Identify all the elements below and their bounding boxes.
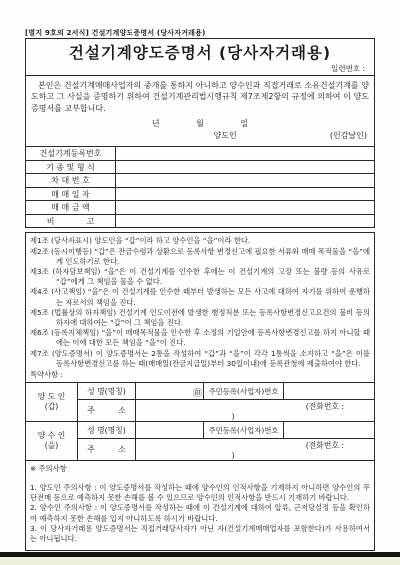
seal-icon: ㊞ xyxy=(193,386,202,399)
machine-type-label: 기 종 및 형 식 xyxy=(26,160,116,174)
transferor-phone-close: ) xyxy=(138,412,372,421)
table-row: 차 대 번 호 xyxy=(26,174,375,188)
date-month-label: 월 xyxy=(196,119,204,128)
preamble-box: 본인은 건설기계매매사업자의 중개를 통하지 아니하고 양수인과 직접거래로 소… xyxy=(25,75,375,147)
transferee-phone-close: ) xyxy=(138,451,372,460)
transferor-name-label: 성 명(명칭) xyxy=(78,383,136,400)
seal-instruction-label: (인감날인) xyxy=(330,130,367,141)
table-row: 주 소 (전화번호 : ) xyxy=(26,400,375,422)
signer-line: 양도인 (인감날인) xyxy=(31,130,369,143)
transferee-phone-label: (전화번호 : xyxy=(138,439,372,451)
transferor-signature-label: 양도인 xyxy=(214,130,237,141)
transferee-role-label: 양 수 인 xyxy=(28,431,75,441)
table-row: 건설기계등록번호 xyxy=(26,147,375,161)
table-row: 기 종 및 형 식 xyxy=(26,160,375,174)
serial-number-label: 일련번호 : xyxy=(31,63,369,74)
table-row: 주 소 (전화번호 : ) xyxy=(26,439,375,461)
scanned-form-page: [별지 9호의 2서식] 건설기계양도증명서 (당사자거래용) 건설기계양도증명… xyxy=(0,0,400,565)
machine-spec-table: 건설기계등록번호 기 종 및 형 식 차 대 번 호 매 매 일 자 매 매 금… xyxy=(25,146,375,228)
form-reference-label: [별지 9호의 2서식] 건설기계양도증명서 (당사자거래용) xyxy=(25,28,206,38)
title-box: 건설기계양도증명서 (당사자거래용) 일련번호 : xyxy=(25,38,375,76)
article-4: 제4조 (사고책임) “을”은 이 건설기계를 인수한 때부터 발생하는 모든 … xyxy=(30,287,370,307)
transferor-role-sub: (갑) xyxy=(28,402,75,412)
machine-type-field[interactable] xyxy=(116,160,375,174)
caution-item-3: 3. 이 당사자거래용 양도증명서는 직접거래당사자가 아닌 자(건설기계매매업… xyxy=(30,524,370,545)
preamble-text: 본인은 건설기계매매사업자의 중개를 통하지 아니하고 양수인과 직접거래로 소… xyxy=(31,80,369,114)
page-title: 건설기계양도증명서 (당사자거래용) xyxy=(31,41,369,63)
transferor-name-field[interactable]: ㊞ xyxy=(136,383,204,400)
transferee-address-field[interactable]: (전화번호 : ) xyxy=(136,439,375,461)
table-row: 양 수 인 (을) 성 명(명칭) 주민등록(사업자)번호 xyxy=(26,422,375,439)
table-row: 매 매 일 자 xyxy=(26,187,375,201)
registration-number-field[interactable] xyxy=(116,147,375,161)
table-row: 비 고 xyxy=(26,214,375,228)
date-line: 년 월 일 xyxy=(31,118,369,129)
caution-item-1: 1. 양도인 주의사항 : 이 양도증명서를 작성하는 때에 양수인의 인적사항… xyxy=(30,483,370,504)
transferor-address-field[interactable]: (전화번호 : ) xyxy=(136,400,375,422)
party-info-table: 양 도 인 (갑) 성 명(명칭) ㊞ 주민등록(사업자)번호 주 소 (전화번… xyxy=(25,382,375,461)
transferee-name-field[interactable] xyxy=(136,422,204,439)
article-5: 제5조 (법률상의 하자책임) 건설기계 인도이전에 발생한 행정처분 또는 등… xyxy=(30,308,370,328)
transferee-id-label: 주민등록(사업자)번호 xyxy=(204,422,284,439)
remarks-label: 비 고 xyxy=(26,214,116,228)
transferor-phone-label: (전화번호 : xyxy=(138,400,372,412)
cautions-box: ※ 주의사항 1. 양도인 주의사항 : 이 양도증명서를 작성하는 때에 양수… xyxy=(25,460,375,551)
transferor-address-label: 주 소 xyxy=(78,400,136,422)
cautions-heading: ※ 주의사항 xyxy=(30,464,370,474)
date-day-label: 일 xyxy=(240,119,248,128)
date-year-label: 년 xyxy=(152,119,160,128)
scan-edge-strip xyxy=(0,557,400,565)
table-row: 매 매 금 액 xyxy=(26,201,375,215)
chassis-number-label: 차 대 번 호 xyxy=(26,174,116,188)
article-3: 제3조 (하자담보책임) “을”은 이 건설기계를 인수한 후에는 이 건설기계… xyxy=(30,267,370,287)
transferor-role-cell: 양 도 인 (갑) xyxy=(26,383,78,422)
table-row: 양 도 인 (갑) 성 명(명칭) ㊞ 주민등록(사업자)번호 xyxy=(26,383,375,400)
transferor-id-label: 주민등록(사업자)번호 xyxy=(204,383,284,400)
remarks-field[interactable] xyxy=(116,214,375,228)
article-7: 제7조 (양도증명서) 이 양도증명서는 2통을 작성하여 “갑”과 “을”이 … xyxy=(30,349,370,369)
transfer-certificate-form: 건설기계양도증명서 (당사자거래용) 일련번호 : 본인은 건설기계매매사업자의… xyxy=(25,38,375,551)
article-1: 제1조 (당사자표시) 양도인을 “갑”이라 하고 양수인을 “을”이라 한다. xyxy=(30,236,370,246)
sale-amount-field[interactable] xyxy=(116,201,375,215)
transferee-role-cell: 양 수 인 (을) xyxy=(26,422,78,461)
article-2: 제2조 (동시이행등) “갑”은 잔금수령과 상환으로 등록사항 변경신고에 필… xyxy=(30,247,370,267)
transferee-role-sub: (을) xyxy=(28,441,75,451)
transferee-address-label: 주 소 xyxy=(78,439,136,461)
transferor-id-field[interactable] xyxy=(284,383,375,400)
article-6: 제6조 (등록지체책임) “을”이 매매목적물을 인수한 후 소정의 기일안에 … xyxy=(30,328,370,348)
chassis-number-field[interactable] xyxy=(116,174,375,188)
transferee-id-field[interactable] xyxy=(284,422,375,439)
contract-articles-box: 제1조 (당사자표시) 양도인을 “갑”이라 하고 양수인을 “을”이라 한다.… xyxy=(25,232,375,383)
transferee-name-label: 성 명(명칭) xyxy=(78,422,136,439)
registration-number-label: 건설기계등록번호 xyxy=(26,147,116,161)
caution-item-2: 2. 양수인 주의사항 : 이 양도증명서를 작성하는 때에 이 건설기계에 대… xyxy=(30,503,370,524)
special-terms-label: 특약사항 : xyxy=(30,370,370,380)
sale-amount-label: 매 매 금 액 xyxy=(26,201,116,215)
transferor-role-label: 양 도 인 xyxy=(28,392,75,402)
sale-date-label: 매 매 일 자 xyxy=(26,187,116,201)
sale-date-field[interactable] xyxy=(116,187,375,201)
